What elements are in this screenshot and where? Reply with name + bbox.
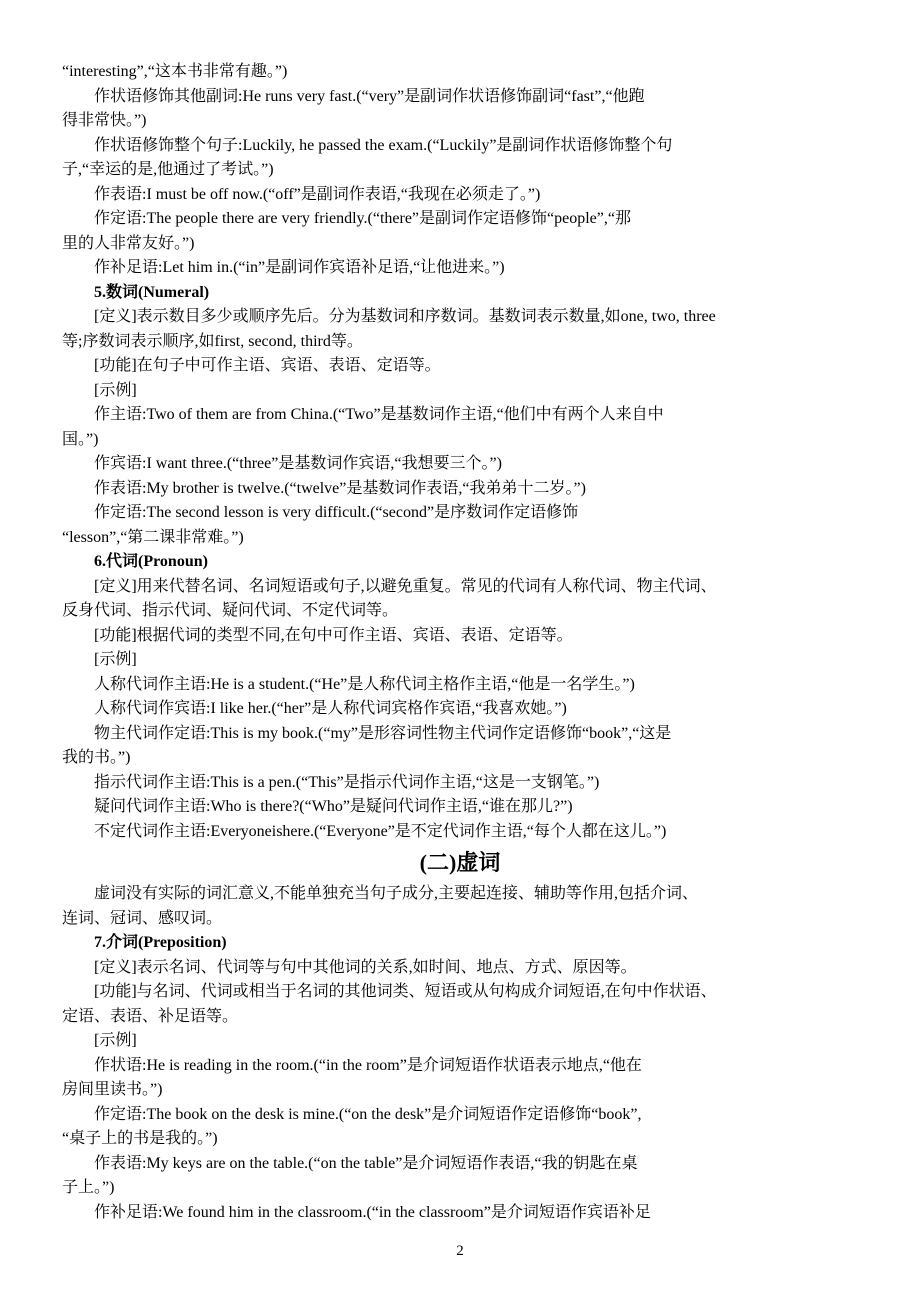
text-line: [定义]表示数目多少或顺序先后。分为基数词和序数词。基数词表示数量,如one, …	[62, 305, 858, 330]
text-line: 子,“幸运的是,他通过了考试。”)	[62, 158, 858, 183]
text-line: 人称代词作宾语:I like her.(“her”是人称代词宾格作宾语,“我喜欢…	[62, 697, 858, 722]
text-line: 作补足语:Let him in.(“in”是副词作宾语补足语,“让他进来。”)	[62, 256, 858, 281]
text-line: 虚词没有实际的词汇意义,不能单独充当句子成分,主要起连接、辅助等作用,包括介词、	[62, 882, 858, 907]
text-line: 得非常快。”)	[62, 109, 858, 134]
text-line: [功能]根据代词的类型不同,在句中可作主语、宾语、表语、定语等。	[62, 624, 858, 649]
center-heading: (二)虚词	[62, 848, 858, 878]
text-line: 房间里读书。”)	[62, 1078, 858, 1103]
text-line: 作宾语:I want three.(“three”是基数词作宾语,“我想要三个。…	[62, 452, 858, 477]
text-line: 我的书。”)	[62, 746, 858, 771]
text-line: 疑问代词作主语:Who is there?(“Who”是疑问代词作主语,“谁在那…	[62, 795, 858, 820]
document-page: “interesting”,“这本书非常有趣。”)作状语修饰其他副词:He ru…	[0, 0, 920, 1302]
text-line: 连词、冠词、感叹词。	[62, 907, 858, 932]
text-line: 定语、表语、补足语等。	[62, 1005, 858, 1030]
text-line: 作定语:The people there are very friendly.(…	[62, 207, 858, 232]
text-line: 作状语:He is reading in the room.(“in the r…	[62, 1054, 858, 1079]
text-line: 作表语:My brother is twelve.(“twelve”是基数词作表…	[62, 477, 858, 502]
text-line: 作状语修饰其他副词:He runs very fast.(“very”是副词作状…	[62, 85, 858, 110]
text-line: 人称代词作主语:He is a student.(“He”是人称代词主格作主语,…	[62, 673, 858, 698]
text-line: 作定语:The book on the desk is mine.(“on th…	[62, 1103, 858, 1128]
text-line: [定义]表示名词、代词等与句中其他词的关系,如时间、地点、方式、原因等。	[62, 956, 858, 981]
text-line: 作主语:Two of them are from China.(“Two”是基数…	[62, 403, 858, 428]
text-line: “lesson”,“第二课非常难。”)	[62, 526, 858, 551]
page-number: 2	[0, 1240, 920, 1262]
section-heading: 7.介词(Preposition)	[62, 931, 858, 956]
text-line: “interesting”,“这本书非常有趣。”)	[62, 60, 858, 85]
text-line: 反身代词、指示代词、疑问代词、不定代词等。	[62, 599, 858, 624]
text-line: [示例]	[62, 1029, 858, 1054]
text-line: 作补足语:We found him in the classroom.(“in …	[62, 1201, 858, 1226]
text-line: 作状语修饰整个句子:Luckily, he passed the exam.(“…	[62, 134, 858, 159]
text-line: 不定代词作主语:Everyoneishere.(“Everyone”是不定代词作…	[62, 820, 858, 845]
text-line: 作定语:The second lesson is very difficult.…	[62, 501, 858, 526]
text-line: 指示代词作主语:This is a pen.(“This”是指示代词作主语,“这…	[62, 771, 858, 796]
text-line: [定义]用来代替名词、名词短语或句子,以避免重复。常见的代词有人称代词、物主代词…	[62, 575, 858, 600]
text-line: 里的人非常友好。”)	[62, 232, 858, 257]
text-line: “桌子上的书是我的。”)	[62, 1127, 858, 1152]
text-line: 作表语:My keys are on the table.(“on the ta…	[62, 1152, 858, 1177]
text-line: 物主代词作定语:This is my book.(“my”是形容词性物主代词作定…	[62, 722, 858, 747]
text-line: [功能]与名词、代词或相当于名词的其他词类、短语或从句构成介词短语,在句中作状语…	[62, 980, 858, 1005]
text-line: [功能]在句子中可作主语、宾语、表语、定语等。	[62, 354, 858, 379]
text-line: [示例]	[62, 379, 858, 404]
text-line: 等;序数词表示顺序,如first, second, third等。	[62, 330, 858, 355]
section-heading: 5.数词(Numeral)	[62, 281, 858, 306]
text-line: [示例]	[62, 648, 858, 673]
section-heading: 6.代词(Pronoun)	[62, 550, 858, 575]
text-line: 国。”)	[62, 428, 858, 453]
document-body: “interesting”,“这本书非常有趣。”)作状语修饰其他副词:He ru…	[62, 60, 858, 1225]
text-line: 作表语:I must be off now.(“off”是副词作表语,“我现在必…	[62, 183, 858, 208]
text-line: 子上。”)	[62, 1176, 858, 1201]
